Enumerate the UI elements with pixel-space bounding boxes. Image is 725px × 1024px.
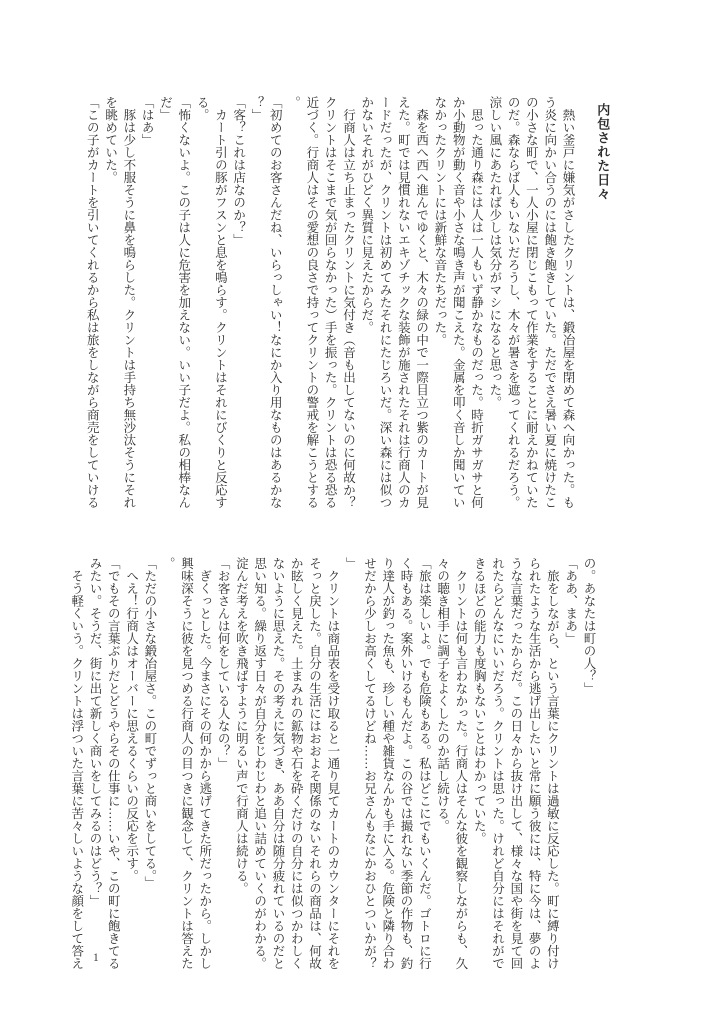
paragraph: 熱い釜戸に嫌気がさしたクリントは、鍛冶屋を閉めて森へ向かった。もう炎に向かい合う… [486, 96, 577, 512]
paragraph: 「お客さんは何をしている人なの？」 [214, 557, 232, 973]
paragraph: 「怖くないよ。この子は人に危害を加えない。いい子だよ。私の相棒なんだ」 [156, 96, 193, 512]
page-number: 1 [93, 952, 99, 964]
paragraph: へえ！行商人はオーバーに思えるくらいの反応を示す。 [122, 557, 140, 973]
paragraph: クリントは何も言わなかった。行商人はそんな彼を観察しながらも、久々の聴き相手に調… [433, 557, 470, 973]
paragraph: 「ただの小さな鍛冶屋さ。この町でずっと商いをしてる。」 [141, 557, 159, 973]
page-title: 内包された日々 [593, 103, 612, 201]
paragraph: の。あなたは町の人？」 [580, 557, 598, 973]
paragraph: 行商人は立ち止まったクリントに気付き（音も出してないのに何故か？クリントはそこま… [284, 96, 357, 512]
paragraph: 「はあ」 [138, 96, 156, 512]
paragraph: 「この子がカートを引いてくれるから私は旅をしながら商売をしていける [83, 96, 101, 512]
paragraph: 「でもその言葉ぶりだとどうやらその仕事に……いや、この町に飽きてるみたい。そうだ… [86, 557, 123, 973]
paragraph: 森を西へ西へ進んでゆくと、木々の緑の中で一際目立つ紫のカートが見えた。町では見慣… [357, 96, 430, 512]
paragraph: クリントは商品表を受け取ると一通り見てカートのカウンターにそれをそっと戻した。自… [232, 557, 342, 973]
paragraph: そう軽くいう。クリントは浮ついた言葉に苦々しいような顔をして答え [67, 557, 85, 973]
upper-text-block: 熱い釜戸に嫌気がさしたクリントは、鍛冶屋を閉めて森へ向かった。もう炎に向かい合う… [83, 96, 577, 512]
paragraph: ぎくっとした。今まさにその何かから逃げてきた所だったから。しかし興味深そうに彼を… [159, 557, 214, 973]
paragraph: 「初めてのお客さんだね、いらっしゃい！なにか入り用なものはあるかな？」 [248, 96, 285, 512]
paragraph: 豚は少し不服そうに鼻を鳴らした。クリントは手持ち無沙汰そうにそれを眺めていた。 [101, 96, 138, 512]
paragraph: 「ああ、まあ」 [561, 557, 579, 973]
paragraph: 「客？これは店なのか？」 [229, 96, 247, 512]
paragraph: 思った通り森には人は一人もいず静かなものだった。時折ガサガサと何か小動物が動く音… [431, 96, 486, 512]
paragraph: 「旅は楽しいよ。でも危険もある。私はどこにでもいくんだ。ゴトロに行く時もある。案… [342, 557, 433, 973]
novel-page: 内包された日々 熱い釜戸に嫌気がさしたクリントは、鍛冶屋を閉めて森へ向かった。も… [0, 0, 725, 1024]
paragraph: 旅をしながら、という言葉にクリントは過敏に反応した。町に縛り付けられたような生活… [470, 557, 561, 973]
lower-text-block: の。あなたは町の人？」「ああ、まあ」 旅をしながら、という言葉にクリントは過敏に… [67, 557, 598, 973]
paragraph: カート引の豚がフスンと息を鳴らす。クリントはそれにびくりと反応する。 [193, 96, 230, 512]
